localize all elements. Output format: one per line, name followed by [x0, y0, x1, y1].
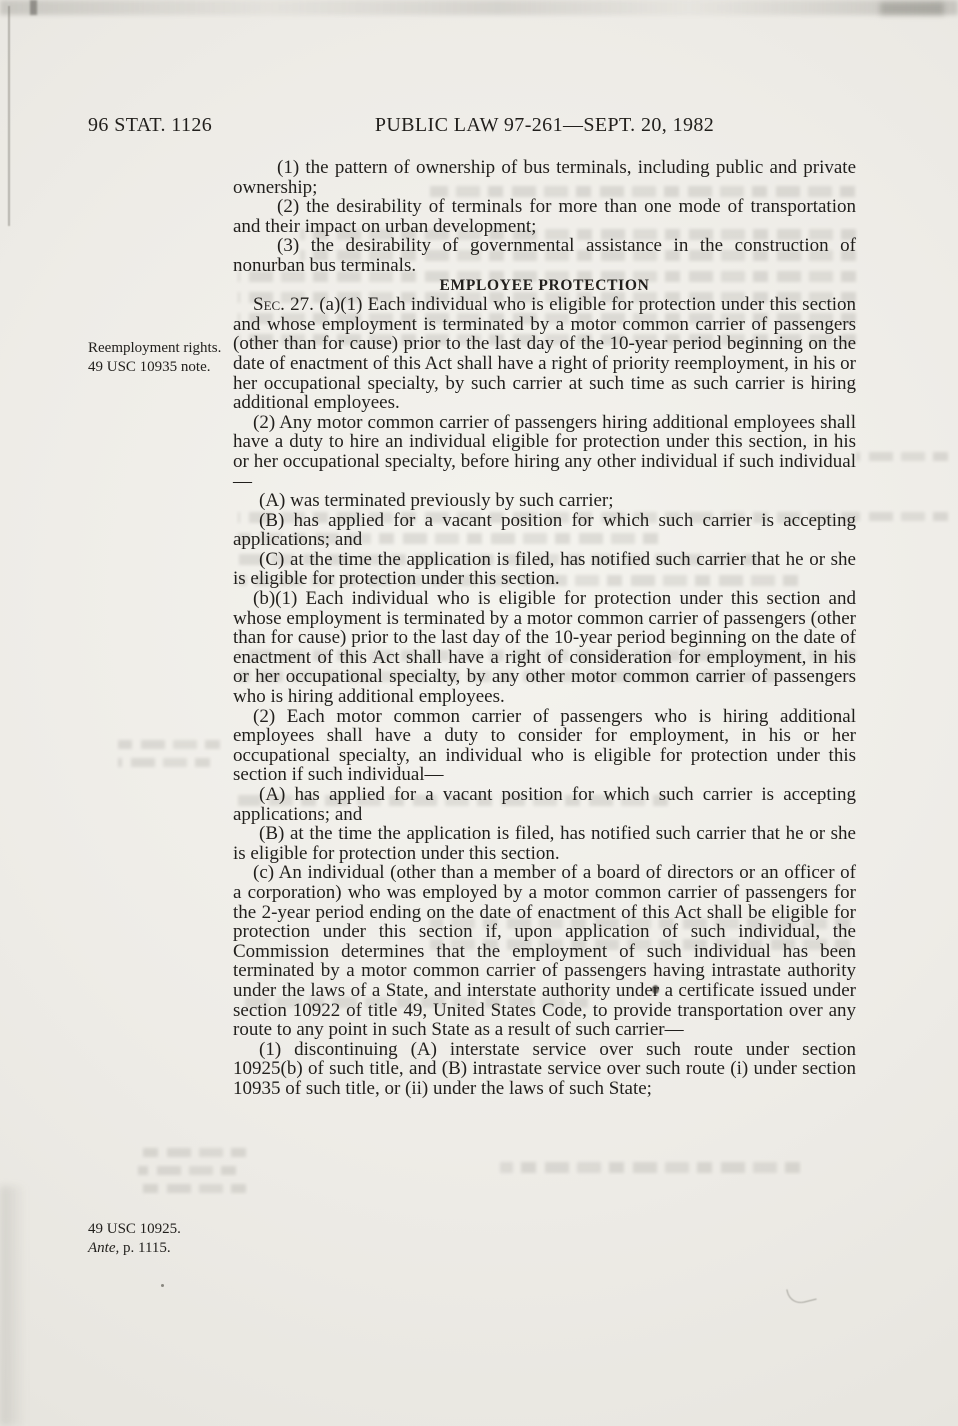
scan-edge-smudge — [0, 0, 958, 15]
scan-tick-mark — [30, 0, 37, 15]
paragraph-sec27-b1: (b)(1) Each individual who is eligible f… — [233, 589, 856, 707]
ante-reference: Ante, — [88, 1240, 119, 1256]
subitem-a2-C: (C) at the time the application is filed… — [233, 550, 856, 589]
page-edge-line — [8, 6, 10, 226]
paragraph-sec27-a2: (2) Any motor common carrier of passenge… — [233, 413, 856, 491]
margin-note-reemployment-rights: Reemployment rights. 49 USC 10935 note. — [88, 339, 228, 376]
bleed-through-artifact — [138, 1148, 246, 1157]
subitem-b2-B: (B) at the time the application is filed… — [233, 824, 856, 863]
subitem-a2-B: (B) has applied for a vacant position fo… — [233, 511, 856, 550]
bleed-through-artifact — [856, 452, 948, 461]
bleed-through-artifact — [500, 1162, 800, 1173]
paragraph-text: (a)(1) Each individual who is eligible f… — [233, 294, 856, 413]
intro-item-1: (1) the pattern of ownership of bus term… — [233, 158, 856, 197]
paragraph-sec27-a1: Sec. 27. (a)(1) Each individual who is e… — [233, 295, 856, 413]
paragraph-sec27-b2: (2) Each motor common carrier of passeng… — [233, 707, 856, 785]
scan-corner-blob — [880, 2, 944, 15]
intro-item-2: (2) the desirability of terminals for mo… — [233, 197, 856, 236]
intro-item-3: (3) the desirability of governmental ass… — [233, 236, 856, 275]
public-law-running-title: PUBLIC LAW 97-261—SEPT. 20, 1982 — [233, 114, 856, 137]
margin-note-usc-10925: 49 USC 10925. Ante, p. 1115. — [88, 1220, 228, 1257]
bleed-through-artifact — [138, 1166, 236, 1175]
sec-number-lead: Sec. 27. — [253, 294, 314, 315]
ante-page-number: p. 1115. — [123, 1240, 171, 1256]
subitem-a2-A: (A) was terminated previously by such ca… — [233, 491, 856, 511]
subitem-c-1: (1) discontinuing (A) interstate service… — [233, 1040, 856, 1099]
bleed-through-artifact — [118, 758, 210, 767]
statute-text-column: (1) the pattern of ownership of bus term… — [233, 158, 856, 1099]
bleed-through-artifact — [856, 512, 948, 521]
paragraph-sec27-c: (c) An individual (other than a member o… — [233, 863, 856, 1039]
margin-note-line: Reemployment rights. — [88, 340, 221, 356]
statutes-at-large-citation: 96 STAT. 1126 — [88, 114, 212, 137]
bleed-through-artifact — [138, 1184, 246, 1193]
margin-note-line: 49 USC 10935 note. — [88, 359, 211, 375]
scanned-statute-page: 96 STAT. 1126 PUBLIC LAW 97-261—SEPT. 20… — [0, 0, 958, 1426]
stray-dot-artifact — [161, 1284, 164, 1287]
pencil-check-artifact — [786, 1283, 816, 1306]
page-corner-shadow — [0, 1186, 26, 1426]
margin-note-line: Ante, p. 1115. — [88, 1239, 228, 1258]
subitem-b2-A: (A) has applied for a vacant position fo… — [233, 785, 856, 824]
bleed-through-artifact — [118, 740, 220, 749]
section-heading-employee-protection: EMPLOYEE PROTECTION — [233, 276, 856, 296]
margin-note-line: 49 USC 10925. — [88, 1220, 228, 1239]
